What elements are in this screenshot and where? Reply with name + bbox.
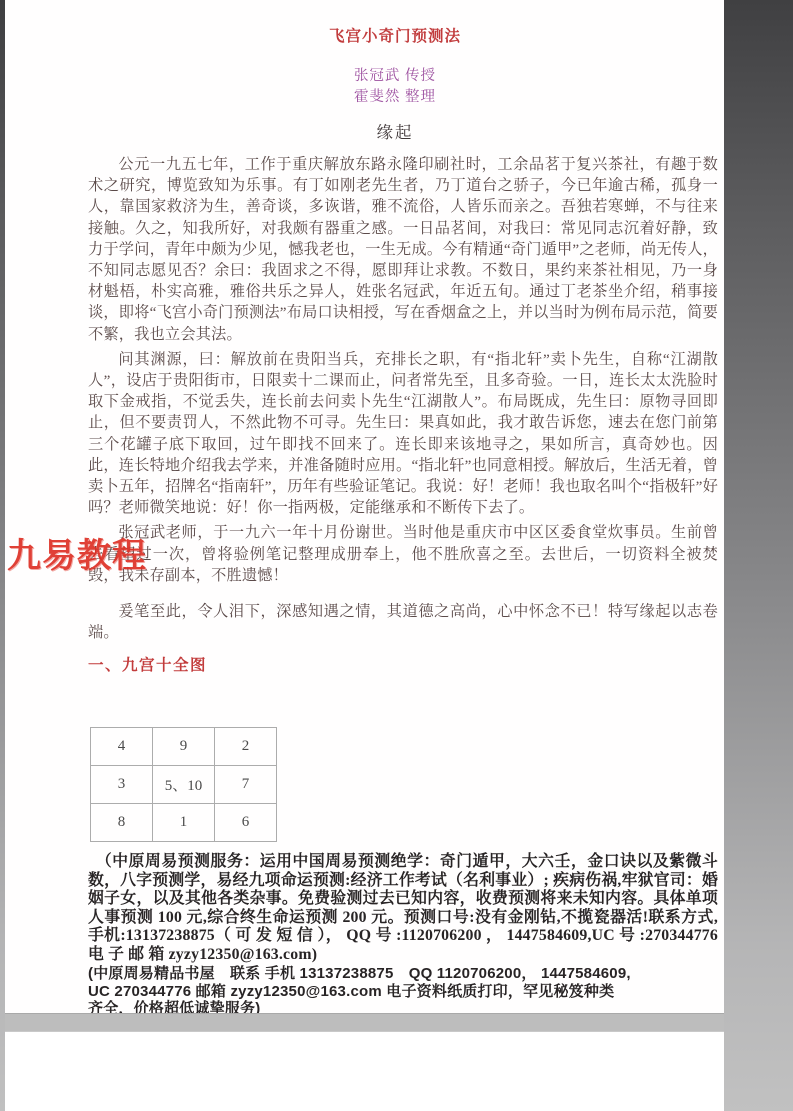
paragraph-4: 爰笔至此，令人泪下，深感知遇之情，其道德之高尚，心中怀念不已！特写缘起以志卷端。 [88,601,718,643]
grid-row: 3 5、10 7 [91,766,277,804]
grid-cell: 6 [215,804,277,842]
viewer-left-edge [0,0,5,1111]
page-title: 飞宫小奇门预测法 [88,26,702,47]
title-block: 飞宫小奇门预测法 张冠武 传授 霍斐然 整理 缘起 [88,26,718,144]
section-heading-origin: 缘起 [88,122,702,144]
contact-note-bookstore: (中原周易精品书屋 联系 手机 13137238875 QQ 112070620… [88,965,718,1018]
grid-cell: 3 [91,766,153,804]
document-viewer: 飞宫小奇门预测法 张冠武 传授 霍斐然 整理 缘起 公元一九五七年，工作于重庆解… [0,0,793,1111]
authors-block: 张冠武 传授 霍斐然 整理 [88,66,702,108]
viewer-right-background [724,0,793,1111]
grid-cell: 9 [153,728,215,766]
grid-cell: 1 [153,804,215,842]
page-gap-separator [5,1013,724,1032]
grid-cell: 4 [91,728,153,766]
grid-cell: 7 [215,766,277,804]
paragraph-1: 公元一九五七年，工作于重庆解放东路永隆印刷社时，工余品茗于复兴茶社，有趣于数术之… [88,154,718,345]
nine-palace-grid-table: 4 9 2 3 5、10 7 8 1 6 [90,727,277,842]
author-line-1: 张冠武 传授 [88,66,702,87]
watermark-jiuyi-jiaocheng: 九易教程 [7,537,147,575]
grid-cell: 8 [91,804,153,842]
paragraph-3: 张冠武老师，于一九六一年十月份谢世。当时他是重庆市中区区委食堂炊事员。生前曾去看… [88,522,718,586]
paragraph-2: 问其渊源，曰：解放前在贵阳当兵，充排长之职，有“指北轩”卖卜先生，自称“江湖散人… [88,349,718,519]
grid-row: 8 1 6 [91,804,277,842]
document-page-1: 飞宫小奇门预测法 张冠武 传授 霍斐然 整理 缘起 公元一九五七年，工作于重庆解… [5,0,724,1013]
grid-cell: 2 [215,728,277,766]
section-heading-nine-palace: 一、九宫十全图 [88,657,718,674]
contact-note-services: （中原周易预测服务：运用中国周易预测绝学：奇门遁甲，大六壬，金口诀以及紫微斗数，… [88,853,718,963]
grid-row: 4 9 2 [91,728,277,766]
grid-cell: 5、10 [153,766,215,804]
author-line-2: 霍斐然 整理 [88,87,702,108]
